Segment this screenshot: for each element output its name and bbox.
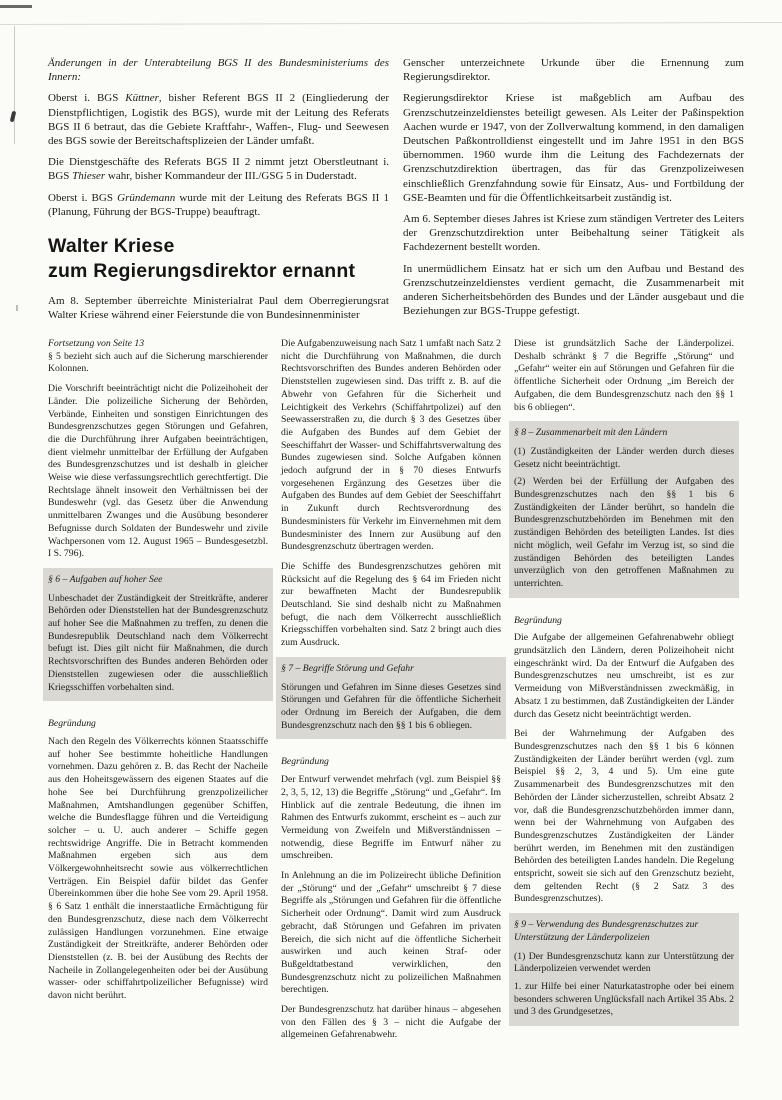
top-article-section: Änderungen in der Unterabteilung BGS II … xyxy=(48,56,744,329)
law-section-text: (1) Zuständigkeiten der Länder werden du… xyxy=(514,446,734,471)
body-paragraph: Der Bundesgrenzschutz hat darüber hinaus… xyxy=(281,1004,501,1042)
scan-artifact-speck xyxy=(16,305,18,311)
law-section-heading: § 9 – Verwendung des Bundesgrenzschutzes… xyxy=(514,919,734,944)
law-section-text: Störungen und Gefahren im Sinne dieses G… xyxy=(281,682,501,733)
body-paragraph: Die Schiffe des Bundesgrenzschutzes gehö… xyxy=(281,561,501,650)
article-kicker: Änderungen in der Unterabteilung BGS II … xyxy=(48,56,389,84)
law-section-7: § 7 – Begriffe Störung und Gefahr Störun… xyxy=(276,657,506,740)
body-paragraph: Bei der Wahrnehmung der Aufgaben des Bun… xyxy=(514,728,734,906)
law-section-text: (1) Der Bundesgrenzschutz kann zur Unter… xyxy=(514,951,734,976)
article-paragraph: Regierungsdirektor Kriese ist maßgeblich… xyxy=(403,91,744,205)
law-section-6: § 6 – Aufgaben auf hoher See Unbeschadet… xyxy=(43,568,273,701)
body-paragraph: Diese ist grundsätzlich Sache der Länder… xyxy=(514,338,734,414)
scan-artifact-corner-mark xyxy=(0,5,32,8)
law-section-heading: § 6 – Aufgaben auf hoher See xyxy=(48,574,268,587)
article-paragraph: Oberst i. BGS Gründemann wurde mit der L… xyxy=(48,191,389,219)
scan-artifact-line xyxy=(0,22,782,25)
law-section-text: Unbeschadet der Zuständigkeit der Streit… xyxy=(48,593,268,695)
continuation-note: Fortsetzung von Seite 13 xyxy=(48,338,268,351)
law-section-8: § 8 – Zusammenarbeit mit den Ländern (1)… xyxy=(509,421,739,597)
law-section-heading: § 8 – Zusammenarbeit mit den Ländern xyxy=(514,427,734,440)
body-paragraph: Die Aufgabenzuweisung nach Satz 1 umfaßt… xyxy=(281,338,501,554)
article-paragraph: Oberst i. BGS Küttner, bisher Referent B… xyxy=(48,91,389,148)
law-column-2: Die Aufgabenzuweisung nach Satz 1 umfaßt… xyxy=(281,338,501,1049)
article-lead-paragraph: Am 8. September überreichte Ministerialr… xyxy=(48,294,389,322)
headline-line: Walter Kriese xyxy=(48,235,175,257)
scanned-document-page: { "top": { "left": { "kicker": "Änderung… xyxy=(0,0,782,1100)
headline-line: zum Regierungsdirektor ernannt xyxy=(48,260,355,282)
law-column-3: Diese ist grundsätzlich Sache der Länder… xyxy=(514,338,734,1049)
law-commentary-section: Fortsetzung von Seite 13 § 5 bezieht sic… xyxy=(48,338,734,1049)
article-headline: Walter Kriese zum Regierungsdirektor ern… xyxy=(48,234,389,283)
law-column-1: Fortsetzung von Seite 13 § 5 bezieht sic… xyxy=(48,338,268,1049)
article-paragraph: Die Dienstgeschäfte des Referats BGS II … xyxy=(48,155,389,183)
law-section-text: (2) Werden bei der Erfüllung der Aufgabe… xyxy=(514,476,734,590)
begruendung-label: Begründung xyxy=(48,718,268,731)
body-paragraph: Die Aufgabe der allgemeinen Gefahrenabwe… xyxy=(514,632,734,721)
body-paragraph: Nach den Regeln des Völkerrechts können … xyxy=(48,736,268,1003)
begruendung-label: Begründung xyxy=(281,756,501,769)
top-left-column: Änderungen in der Unterabteilung BGS II … xyxy=(48,56,389,329)
article-paragraph: In unermüdlichem Einsatz hat er sich um … xyxy=(403,262,744,319)
law-section-heading: § 7 – Begriffe Störung und Gefahr xyxy=(281,663,501,676)
body-paragraph: § 5 bezieht sich auch auf die Sicherung … xyxy=(48,351,268,376)
scan-artifact-edge-line xyxy=(14,26,15,144)
body-paragraph: In Anlehnung an die im Polizeirecht übli… xyxy=(281,870,501,997)
article-paragraph: Am 6. September dieses Jahres ist Kriese… xyxy=(403,212,744,255)
begruendung-label: Begründung xyxy=(514,615,734,628)
article-paragraph: Genscher unterzeichnete Urkunde über die… xyxy=(403,56,744,84)
top-right-column: Genscher unterzeichnete Urkunde über die… xyxy=(403,56,744,329)
law-section-text: 1. zur Hilfe bei einer Naturkatastrophe … xyxy=(514,981,734,1019)
scan-artifact-ink-mark xyxy=(10,111,17,123)
law-section-9: § 9 – Verwendung des Bundesgrenzschutzes… xyxy=(509,913,739,1026)
body-paragraph: Der Entwurf verwendet mehrfach (vgl. zum… xyxy=(281,774,501,863)
body-paragraph: Die Vorschrift beeinträchtigt nicht die … xyxy=(48,383,268,561)
